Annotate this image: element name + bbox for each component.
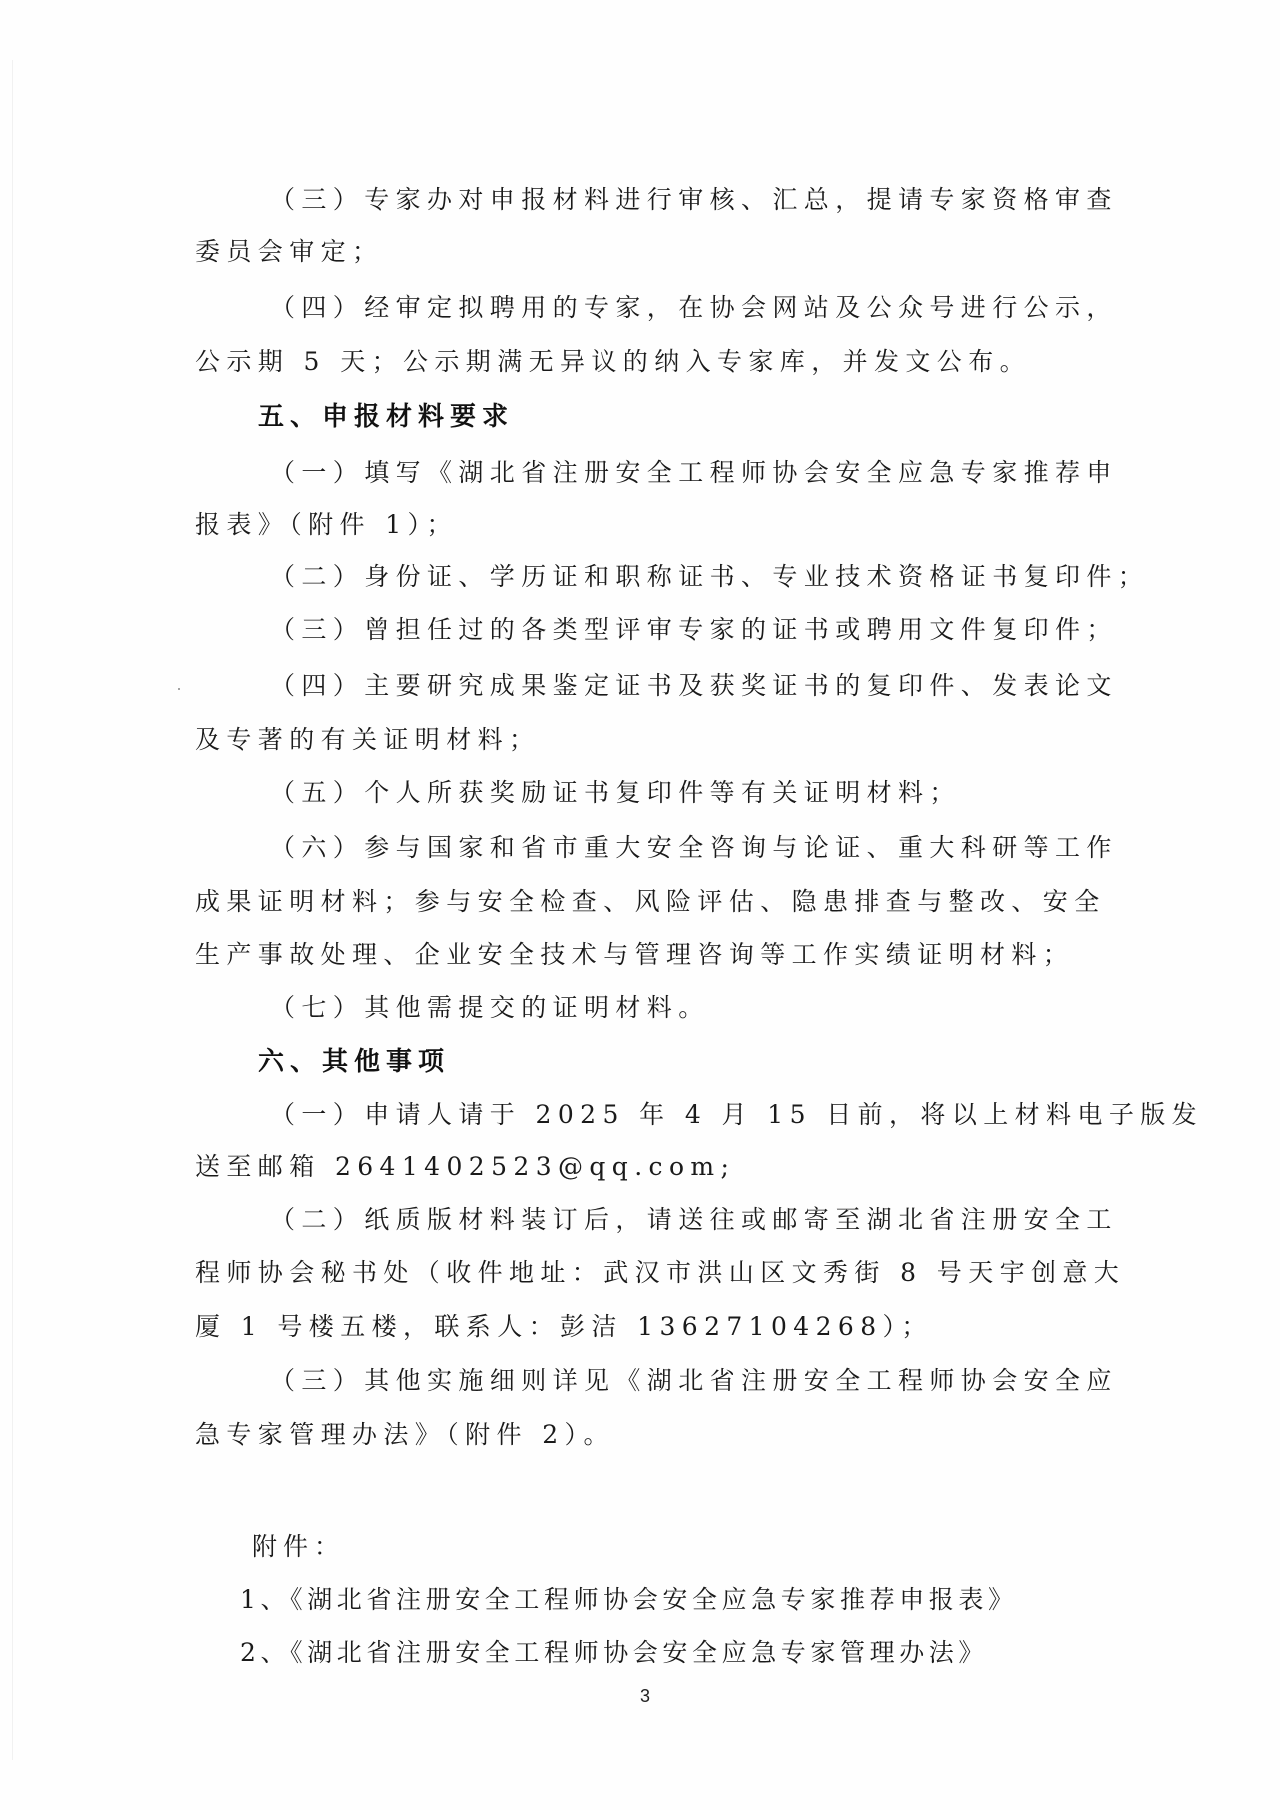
paragraph-line: 及专著的有关证明材料； (195, 720, 1120, 760)
paragraph-line: （二）纸质版材料装订后，请送往或邮寄至湖北省注册安全工 (270, 1200, 1120, 1240)
paragraph-line: （五）个人所获奖励证书复印件等有关证明材料； (270, 773, 1120, 813)
paragraph-line: 生产事故处理、企业安全技术与管理咨询等工作实绩证明材料； (195, 935, 1120, 975)
paragraph-line: 送至邮箱 2641402523@qq.com; (195, 1147, 1120, 1187)
paragraph-line: 委员会审定； (195, 232, 1120, 272)
section-heading: 五、申报材料要求 (258, 397, 1183, 437)
section-heading: 六、其他事项 (258, 1042, 1183, 1082)
paragraph-line: 程师协会秘书处（收件地址：武汉市洪山区文秀街 8 号天宇创意大 (195, 1253, 1120, 1293)
page-number: 3 (630, 1686, 660, 1707)
document-page: （三）专家办对申报材料进行审核、汇总，提请专家资格审查委员会审定；（四）经审定拟… (0, 0, 1280, 1810)
paragraph-line: 成果证明材料；参与安全检查、风险评估、隐患排查与整改、安全 (195, 882, 1120, 922)
scan-edge-line (12, 60, 13, 1760)
paragraph-line: 厦 1 号楼五楼，联系人：彭洁 13627104268）； (195, 1307, 1120, 1347)
paragraph-line: （四）经审定拟聘用的专家，在协会网站及公众号进行公示， (270, 288, 1120, 328)
paragraph-line: （一）填写《湖北省注册安全工程师协会安全应急专家推荐申 (270, 453, 1120, 493)
paragraph-line: （六）参与国家和省市重大安全咨询与论证、重大科研等工作 (270, 828, 1120, 868)
paragraph-line: 急专家管理办法》（附件 2）。 (195, 1415, 1120, 1455)
attachment-item-2: 2、《湖北省注册安全工程师协会安全应急专家管理办法》 (240, 1633, 1120, 1673)
paragraph-line: （四）主要研究成果鉴定证书及获奖证书的复印件、发表论文 (270, 666, 1120, 706)
paragraph-line: （一）申请人请于 2025 年 4 月 15 日前，将以上材料电子版发 (270, 1095, 1120, 1135)
paragraph-line: （三）曾担任过的各类型评审专家的证书或聘用文件复印件； (270, 610, 1120, 650)
paragraph-line: （七）其他需提交的证明材料。 (270, 988, 1120, 1028)
scan-speck (178, 688, 180, 690)
paragraph-line: 公示期 5 天；公示期满无异议的纳入专家库，并发文公布。 (195, 342, 1120, 382)
paragraph-line: （三）专家办对申报材料进行审核、汇总，提请专家资格审查 (270, 180, 1120, 220)
paragraph-line: （二）身份证、学历证和职称证书、专业技术资格证书复印件； (270, 557, 1120, 597)
paragraph-line: （三）其他实施细则详见《湖北省注册安全工程师协会安全应 (270, 1361, 1120, 1401)
paragraph-line: 报表》（附件 1）； (195, 505, 1120, 545)
attachments-label: 附件： (252, 1527, 1177, 1567)
attachment-item-1: 1、《湖北省注册安全工程师协会安全应急专家推荐申报表》 (240, 1580, 1120, 1620)
